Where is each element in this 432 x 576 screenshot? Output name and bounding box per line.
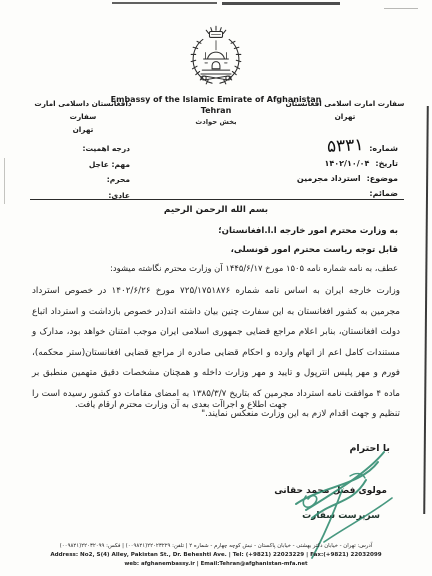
footer-address-fa: آدرس: تهران - خیابان دکتر بهشتی - خیابان…	[0, 542, 432, 551]
header-divider-line	[30, 199, 404, 200]
scan-artifact-left-edge	[4, 158, 5, 204]
addressee-line: به وزارت محترم امور خارجه ا.ا.افغانستان؛	[34, 226, 398, 236]
importance-confidential: محرم:	[30, 172, 130, 188]
closing-line: جهت اطلاع و اجراآت بعدی به آن وزارت محتر…	[58, 400, 304, 410]
number-value-handwritten: ۵۳۳۱	[326, 136, 363, 156]
attention-line: قابل توجه ریاست محترم امور قونسلی،	[34, 245, 398, 255]
importance-title: درجه اهمیت:	[30, 141, 130, 157]
footer-address-en: Address: No2, S(4) Alley, Pakistan St., …	[0, 551, 432, 560]
scan-artifact-right-edge	[423, 106, 429, 514]
letter-meta-block: شماره: ۵۳۳۱ تاریخ: ۱۴۰۲/۱۰/۰۴ موضوع: است…	[238, 137, 398, 201]
basmala-line: بسم الله الرحمن الرحیم	[0, 205, 432, 215]
date-value: ۱۴۰۲/۱۰/۰۴	[325, 156, 370, 171]
signatory-name: مولوی فضل محمد حقانی	[274, 486, 387, 496]
embassy-city-dari: تهران	[284, 110, 406, 123]
date-label: تاریخ:	[375, 156, 398, 171]
afghanistan-national-emblem-icon	[183, 25, 249, 93]
scan-artifact-top-mark	[384, 8, 418, 9]
scan-artifact-top-line	[222, 2, 340, 5]
header-dari-block: سفارت امارت اسلامی افغانستان تهران	[284, 97, 406, 123]
signatory-title: سرپرست سفارت	[302, 511, 380, 521]
footer-web-email: web: afghanembassy.ir | Email:Tehran@afg…	[0, 560, 432, 569]
subject-value: استرداد مجرمین	[297, 171, 361, 186]
meta-subject-row: موضوع: استرداد مجرمین	[238, 171, 398, 186]
scanned-letter-page: دافغانستان داسلامی امارت سفارت تهران Emb…	[0, 0, 432, 576]
embassy-title-dari: سفارت امارت اسلامی افغانستان	[284, 97, 406, 110]
importance-block: درجه اهمیت: مهم: عاجل محرم: عادی:	[30, 141, 130, 203]
importance-ordinary: عادی:	[30, 188, 130, 204]
subject-label: موضوع:	[367, 171, 398, 186]
meta-date-row: تاریخ: ۱۴۰۲/۱۰/۰۴	[238, 156, 398, 171]
scan-artifact-top-line	[112, 2, 217, 4]
salutation: با احترام	[349, 443, 390, 454]
number-label: شماره:	[369, 141, 398, 156]
reference-line: عطف، به نامه شماره نامه ۱۵۰۵ مورخ ۱۴۴۵/۶…	[34, 263, 398, 273]
footer-block: آدرس: تهران - خیابان دکتر بهشتی - خیابان…	[0, 542, 432, 569]
importance-important: مهم: عاجل	[30, 157, 130, 173]
meta-number-row: شماره: ۵۳۳۱	[238, 137, 398, 156]
